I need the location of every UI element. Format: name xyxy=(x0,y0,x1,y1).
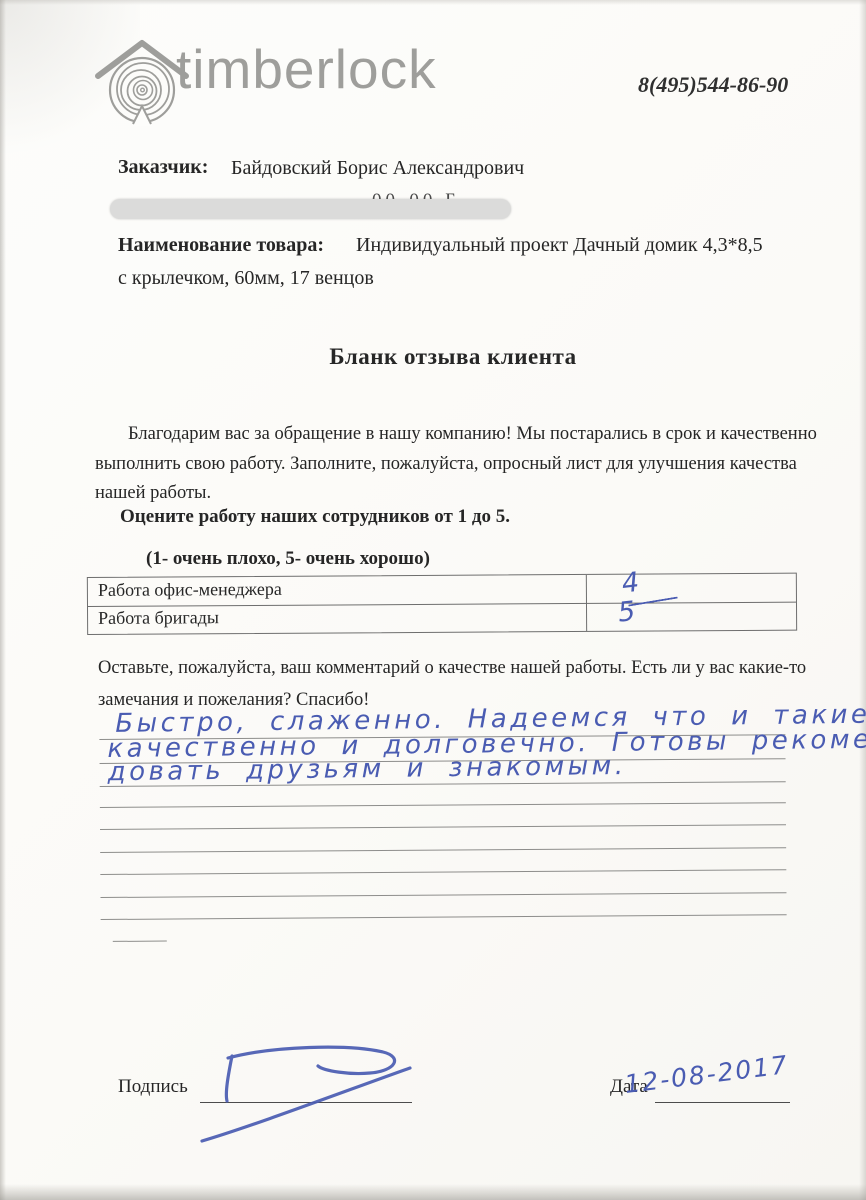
product-label: Наименование товара: xyxy=(118,234,324,257)
handwritten-score-office-manager: 4 xyxy=(620,567,641,600)
logo-text: timberlock xyxy=(176,42,437,97)
phone-number: 8(495)544-86-90 xyxy=(638,72,788,98)
product-description-line2: с крылечком, 60мм, 17 венцов xyxy=(118,267,374,290)
table-row-divider xyxy=(88,602,796,607)
table-row: Работа бригады xyxy=(88,574,796,578)
handwritten-date: 12-08-2017 xyxy=(623,1050,791,1099)
intro-paragraph-line: нашей работы. xyxy=(95,483,211,504)
ratings-table: Работа офис-менеджера Работа бригады 4 5 xyxy=(87,573,797,635)
paper-edge-left xyxy=(0,0,6,1200)
redaction-bar xyxy=(110,199,511,219)
ruled-line xyxy=(100,892,786,898)
ruled-line xyxy=(101,914,787,920)
signature-label: Подпись xyxy=(118,1076,188,1098)
handwritten-signature xyxy=(198,1038,430,1151)
customer-name: Байдовский Борис Александрович xyxy=(231,157,524,180)
date-underline xyxy=(655,1102,790,1103)
row-label-office-manager: Работа офис-менеджера xyxy=(98,579,282,601)
customer-label: Заказчик: xyxy=(118,156,208,179)
comment-writing-area: Быстро, слаженно. Надеемся что и такие к… xyxy=(99,695,791,955)
intro-paragraph-line: Благодарим вас за обращение в нашу компа… xyxy=(128,424,817,445)
table-column-divider xyxy=(586,575,587,631)
form-title: Бланк отзыва клиента xyxy=(20,344,866,370)
scanned-feedback-form: timberlock 8(495)544-86-90 Заказчик: Бай… xyxy=(0,0,866,1200)
ruled-line-stub xyxy=(113,941,167,942)
product-description-line1: Индивидуальный проект Дачный домик 4,3*8… xyxy=(356,234,763,257)
ruled-line xyxy=(100,847,786,853)
handwritten-score-brigade: 5 xyxy=(616,596,637,629)
comment-prompt-line: Оставьте, пожалуйста, ваш комментарий о … xyxy=(98,658,806,679)
scanner-shadow xyxy=(0,1184,866,1200)
handwritten-comment-line: довать друзьям и знакомым. xyxy=(107,751,626,787)
ruled-line xyxy=(100,824,786,830)
rating-scale-note: (1- очень плохо, 5- очень хорошо) xyxy=(146,548,430,570)
row-label-brigade: Работа бригады xyxy=(98,607,219,629)
paper-edge-right xyxy=(859,0,866,1200)
ruled-line xyxy=(100,802,786,808)
ruled-line xyxy=(100,869,786,875)
paper-edge-top xyxy=(0,0,866,5)
table-row: Работа офис-менеджера xyxy=(88,574,796,578)
rating-prompt: Оцените работу наших сотрудников от 1 до… xyxy=(120,506,510,528)
intro-paragraph-line: выполнить свою работу. Заполните, пожалу… xyxy=(95,454,797,475)
